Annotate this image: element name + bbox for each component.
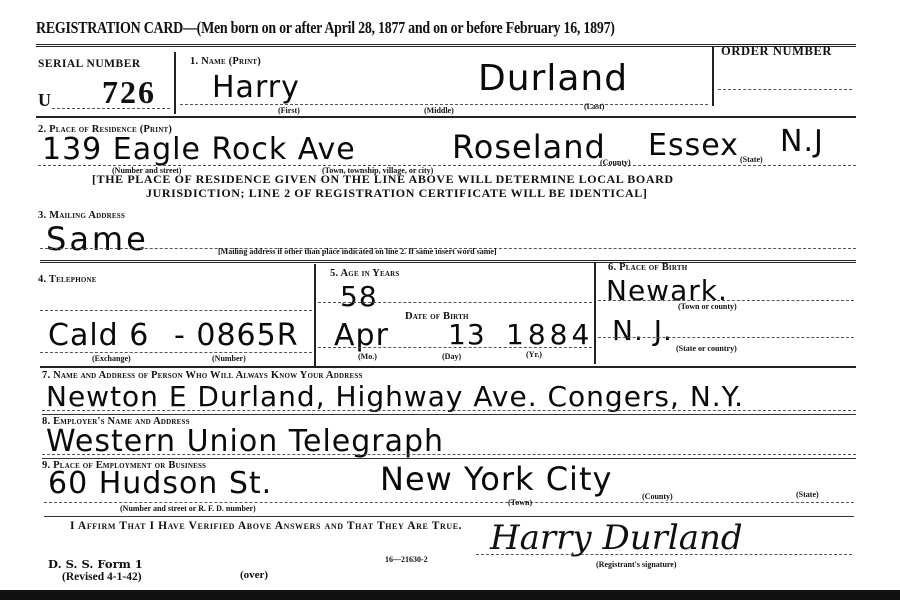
print-code: 16—21630-2 [385,555,428,564]
telephone-number-value: - 0865R [174,318,299,353]
scan-edge [0,590,900,600]
row7-rule [42,414,856,415]
residence-town-value: Roseland [452,128,606,166]
mailing-caption: [Mailing address if other than place ind… [218,247,497,256]
order-number-line [718,89,852,90]
age-label: 5. Age in Years [330,268,400,279]
dob-line [318,347,592,348]
first-caption: (First) [278,106,300,115]
residence-state-value: N.J [780,124,824,159]
year-caption: (Yr.) [526,350,542,359]
form-name: D. S. S. Form 1 [48,557,143,571]
age-divider [594,262,596,364]
age-line [318,302,592,303]
name-line [180,104,708,105]
residence-notice-line1: [THE PLACE OF RESIDENCE GIVEN ON THE LIN… [92,172,674,186]
middle-caption: (Middle) [424,106,454,115]
row1-rule [36,116,856,118]
row9-rule [44,516,854,517]
form-revised: (Revised 4-1-42) [62,571,142,583]
row3-rule [40,260,856,263]
number-caption: (Number) [212,354,246,363]
affirmation-text: I Affirm That I Have Verified Above Answ… [70,520,462,532]
over-label: (over) [240,569,268,581]
residence-county-value: Essex [648,128,739,163]
employer-line [42,454,856,455]
employment-street-caption: (Number and street or R. F. D. number) [120,504,256,513]
employment-town-value: New York City [380,460,612,498]
day-caption: (Day) [442,352,461,361]
birthplace-state-caption: (State or country) [676,344,737,353]
age-value: 58 [340,280,378,313]
birthplace-state-line [598,337,854,338]
signature-caption: (Registrant's signature) [596,560,677,569]
card-title: REGISTRATION CARD—(Men born on or after … [36,18,615,38]
serial-number-label: SERIAL NUMBER [38,58,141,70]
employment-town-caption: (Town) [508,498,532,507]
telephone-divider [314,264,316,366]
telephone-label: 4. Telephone [38,274,97,285]
employment-line [44,502,854,503]
exchange-caption: (Exchange) [92,354,131,363]
mailing-value: Same [46,220,149,258]
employment-state-caption: (State) [796,490,819,499]
birthplace-state-value: N. J. [612,314,673,347]
name-first-value: Harry [212,70,300,105]
row8-rule [42,458,856,459]
signature-line [476,554,852,555]
last-caption: (Last) [584,102,604,111]
telephone-line [40,352,312,353]
contact-value: Newton E Durland, Highway Ave. Congers, … [46,380,744,413]
month-caption: (Mo.) [358,352,377,361]
birthplace-label: 6. Place of Birth [608,262,687,273]
row6-rule [40,366,856,368]
name-last-value: Durland [478,58,628,99]
registrant-signature: Harry Durland [490,518,743,558]
telephone-exchange-value: Cald 6 [48,318,149,353]
order-divider [712,46,714,106]
serial-divider [174,52,176,114]
serial-prefix: U [38,90,51,111]
order-number-label: ORDER NUMBER [721,44,832,59]
employment-county-caption: (County) [642,492,673,501]
telephone-upper-line [40,310,312,311]
state-caption: (State) [740,155,763,164]
county-caption: (County) [600,158,631,167]
contact-line [42,410,856,411]
birthplace-town-caption: (Town or county) [678,302,737,311]
serial-number-value: 726 [102,74,156,111]
residence-street-value: 139 Eagle Rock Ave [42,132,356,167]
residence-notice-line2: JURISDICTION; LINE 2 OF REGISTRATION CER… [146,186,647,200]
name-label: 1. Name (Print) [190,56,261,67]
birthplace-town-line [598,300,854,301]
employment-street-value: 60 Hudson St. [48,466,272,501]
